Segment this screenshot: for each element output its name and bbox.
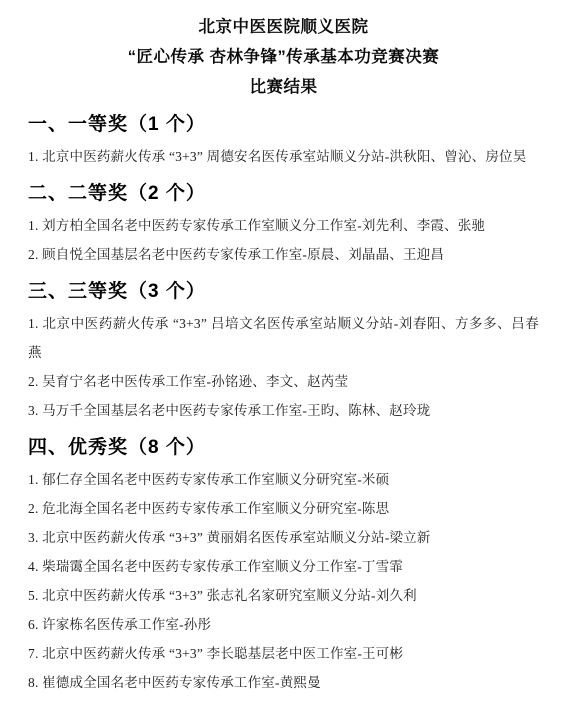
award-item: 6. 许家栋名医传承工作室-孙彤 xyxy=(28,610,539,639)
award-item: 8. 崔德成全国名老中医药专家传承工作室-黄熙曼 xyxy=(28,668,539,697)
award-item: 7. 北京中医药薪火传承 “3+3” 李长聪基层老中医工作室-王可彬 xyxy=(28,639,539,668)
award-item: 1. 北京中医药薪火传承 “3+3” 吕培文名医传承室站顺义分站-刘春阳、方多多… xyxy=(28,309,539,367)
doc-title-results: 比赛结果 xyxy=(28,72,539,102)
section-first-prize: 一、一等奖（1 个） 1. 北京中医药薪火传承 “3+3” 周德安名医传承室站顺… xyxy=(28,113,539,171)
section-excellence-prize: 四、优秀奖（8 个） 1. 郁仁存全国名老中医药专家传承工作室顺义分研究室-米硕… xyxy=(28,436,539,697)
award-item: 3. 北京中医药薪火传承 “3+3” 黄丽娟名医传承室站顺义分站-梁立新 xyxy=(28,523,539,552)
award-item: 3. 马万千全国基层名老中医药专家传承工作室-王昀、陈林、赵玲珑 xyxy=(28,396,539,425)
doc-title-competition: “匠心传承 杏林争锋”传承基本功竞赛决赛 xyxy=(28,42,539,72)
award-item: 4. 柴瑞霭全国名老中医药专家传承工作室顺义分工作室-丁雪霏 xyxy=(28,552,539,581)
award-item: 2. 吴育宁名老中医传承工作室-孙铭逊、李文、赵芮莹 xyxy=(28,367,539,396)
section-heading-third-prize: 三、三等奖（3 个） xyxy=(28,280,539,304)
section-heading-second-prize: 二、二等奖（2 个） xyxy=(28,182,539,206)
award-item: 5. 北京中医药薪火传承 “3+3” 张志礼名家研究室顺义分站-刘久利 xyxy=(28,581,539,610)
award-item: 2. 危北海全国名老中医药专家传承工作室顺义分研究室-陈思 xyxy=(28,494,539,523)
section-heading-excellence-prize: 四、优秀奖（8 个） xyxy=(28,436,539,460)
doc-title-hospital: 北京中医医院顺义医院 xyxy=(28,12,539,42)
award-item: 1. 刘方柏全国名老中医药专家传承工作室顺义分工作室-刘先利、李霞、张驰 xyxy=(28,211,539,240)
award-item: 1. 北京中医药薪火传承 “3+3” 周德安名医传承室站顺义分站-洪秋阳、曾沁、… xyxy=(28,142,539,171)
document-page: 北京中医医院顺义医院 “匠心传承 杏林争锋”传承基本功竞赛决赛 比赛结果 一、一… xyxy=(0,0,569,722)
section-second-prize: 二、二等奖（2 个） 1. 刘方柏全国名老中医药专家传承工作室顺义分工作室-刘先… xyxy=(28,182,539,269)
section-third-prize: 三、三等奖（3 个） 1. 北京中医药薪火传承 “3+3” 吕培文名医传承室站顺… xyxy=(28,280,539,425)
award-item: 1. 郁仁存全国名老中医药专家传承工作室顺义分研究室-米硕 xyxy=(28,465,539,494)
section-heading-first-prize: 一、一等奖（1 个） xyxy=(28,113,539,137)
award-item: 2. 顾自悦全国基层名老中医药专家传承工作室-原晨、刘晶晶、王迎昌 xyxy=(28,240,539,269)
